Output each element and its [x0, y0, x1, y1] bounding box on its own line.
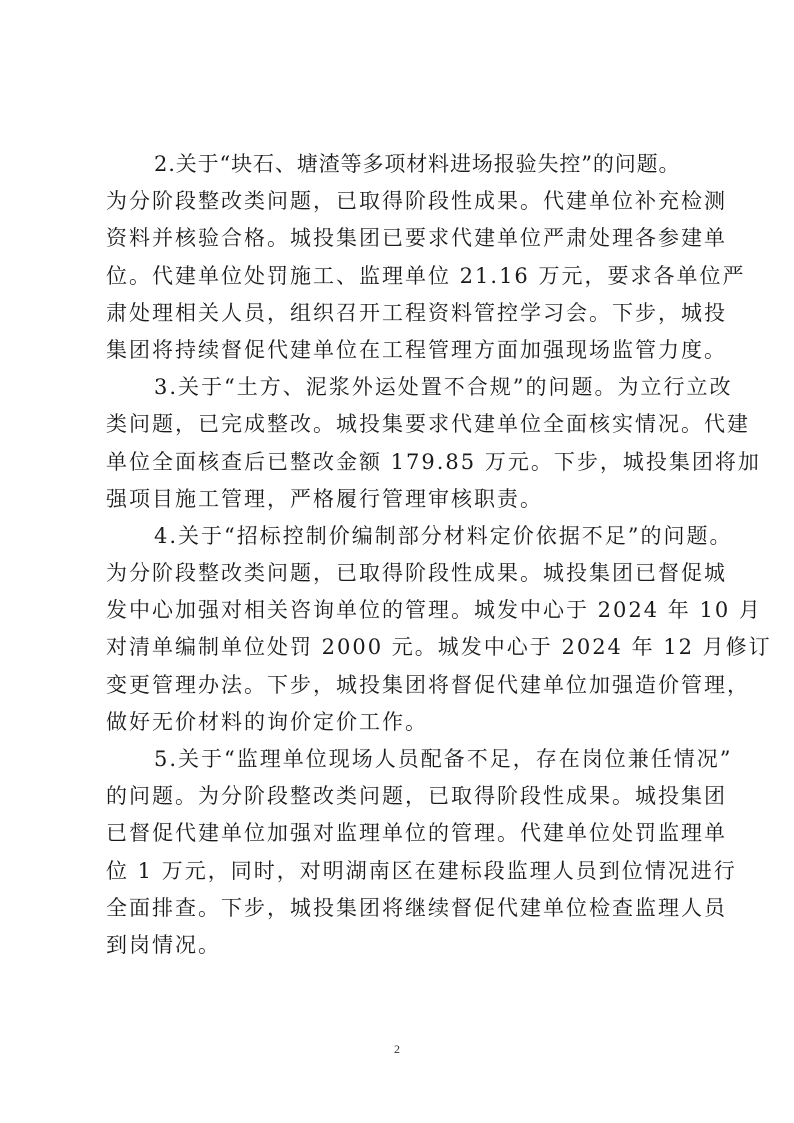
paragraph-line: 已督促代建单位加强对监理单位的管理。代建单位处罚监理单 [106, 815, 682, 852]
paragraph-first-line: 5.关于“监理单位现场人员配备不足，存在岗位兼任情况” [106, 741, 682, 778]
document-page: 2.关于“块石、塘渣等多项材料进场报验失控”的问题。为分阶段整改类问题，已取得阶… [106, 146, 682, 964]
paragraph-line: 做好无价材料的询价定价工作。 [106, 704, 682, 741]
paragraph-line: 强项目施工管理，严格履行管理审核职责。 [106, 481, 682, 518]
paragraph-line: 位。代建单位处罚施工、监理单位 21.16 万元，要求各单位严 [106, 258, 682, 295]
paragraph-line: 为分阶段整改类问题，已取得阶段性成果。城投集团已督促城 [106, 555, 682, 592]
document-body: 2.关于“块石、塘渣等多项材料进场报验失控”的问题。为分阶段整改类问题，已取得阶… [106, 146, 682, 964]
paragraph-line: 变更管理办法。下步，城投集团将督促代建单位加强造价管理， [106, 667, 682, 704]
paragraph-line: 类问题，已完成整改。城投集要求代建单位全面核实情况。代建 [106, 406, 682, 443]
paragraph-line: 发中心加强对相关咨询单位的管理。城发中心于 2024 年 10 月 [106, 592, 682, 629]
paragraph-line: 的问题。为分阶段整改类问题，已取得阶段性成果。城投集团 [106, 778, 682, 815]
paragraph-first-line: 2.关于“块石、塘渣等多项材料进场报验失控”的问题。 [106, 146, 682, 183]
paragraph-line: 全面排查。下步，城投集团将继续督促代建单位检查监理人员 [106, 890, 682, 927]
paragraph-line: 集团将持续督促代建单位在工程管理方面加强现场监管力度。 [106, 332, 682, 369]
paragraph-first-line: 3.关于“土方、泥浆外运处置不合规”的问题。为立行立改 [106, 369, 682, 406]
paragraph-line: 资料并核验合格。城投集团已要求代建单位严肃处理各参建单 [106, 220, 682, 257]
paragraph-line: 对清单编制单位处罚 2000 元。城发中心于 2024 年 12 月修订 [106, 629, 682, 666]
paragraph-line: 到岗情况。 [106, 927, 682, 964]
paragraph-line: 位 1 万元，同时，对明湖南区在建标段监理人员到位情况进行 [106, 853, 682, 890]
paragraph-line: 为分阶段整改类问题，已取得阶段性成果。代建单位补充检测 [106, 183, 682, 220]
page-number: 2 [0, 1042, 794, 1057]
paragraph-line: 单位全面核查后已整改金额 179.85 万元。下步，城投集团将加 [106, 444, 682, 481]
paragraph-first-line: 4.关于“招标控制价编制部分材料定价依据不足”的问题。 [106, 518, 682, 555]
paragraph-line: 肃处理相关人员，组织召开工程资料管控学习会。下步，城投 [106, 295, 682, 332]
